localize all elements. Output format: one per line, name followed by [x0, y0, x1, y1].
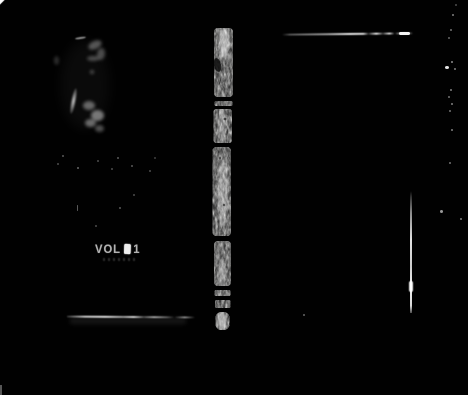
film-scratch-line	[410, 191, 412, 313]
book-spine-strip	[200, 23, 244, 335]
film-corner-sliver	[0, 385, 2, 395]
volume-label-subtext	[103, 258, 135, 261]
scratch-streak-top	[282, 32, 413, 35]
volume-number: 1	[133, 242, 140, 256]
volume-label-sticker	[124, 244, 131, 254]
film-scratch-blob	[409, 281, 413, 292]
scratch-streak-dash	[399, 32, 410, 35]
film-corner-sliver	[0, 0, 5, 9]
scratch-haze	[70, 318, 186, 324]
volume-label-text: VOL	[95, 242, 121, 256]
photo-frame: VOL 1	[0, 0, 468, 395]
volume-label: VOL 1	[95, 242, 140, 256]
